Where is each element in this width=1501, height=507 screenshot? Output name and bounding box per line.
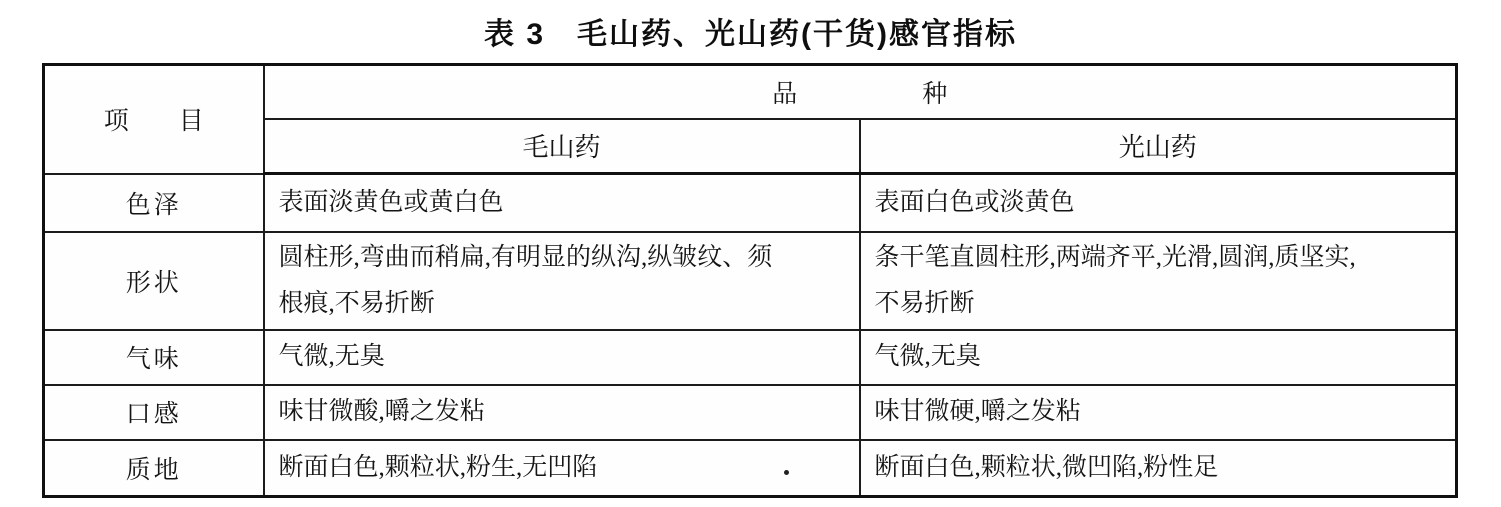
row-label-zhidi: 质地 xyxy=(44,440,264,497)
cell-xingzhuang-guang: 条干笔直圆柱形,两端齐平,光滑,圆润,质坚实, 不易折断 xyxy=(860,232,1457,330)
cell-seze-guang: 表面白色或淡黄色 xyxy=(860,174,1457,232)
table-row-seze: 色泽 表面淡黄色或黄白色 表面白色或淡黄色 xyxy=(44,174,1457,232)
cell-kougan-mao: 味甘微酸,嚼之发粘 xyxy=(264,385,860,440)
table-row-kougan: 口感 味甘微酸,嚼之发粘 味甘微硬,嚼之发粘 xyxy=(44,385,1457,440)
table-title: 表 3 毛山药、光山药(干货)感官指标 xyxy=(0,9,1501,53)
cell-xingzhuang-mao: 圆柱形,弯曲而稍扁,有明显的纵沟,纵皱纹、须 根痕,不易折断 xyxy=(264,232,860,330)
cell-kougan-guang: 味甘微硬,嚼之发粘 xyxy=(860,385,1457,440)
cell-qiwei-guang: 气微,无臭 xyxy=(860,330,1457,385)
row-label-kougan: 口感 xyxy=(44,385,264,440)
table-row-qiwei: 气味 气微,无臭 气微,无臭 xyxy=(44,330,1457,385)
header-cell-maoshanyao: 毛山药 xyxy=(264,119,860,174)
header-cell-item: 项 目 xyxy=(44,65,264,174)
stray-ink-dot xyxy=(784,470,789,475)
row-label-xingzhuang: 形状 xyxy=(44,232,264,330)
sensory-indicator-table: 项 目 品 种 毛山药 光山药 色泽 表面淡黄色或黄白色 表面白色或淡黄色 形状… xyxy=(42,63,1458,498)
header-cell-guangshanyao: 光山药 xyxy=(860,119,1457,174)
cell-zhidi-guang: 断面白色,颗粒状,微凹陷,粉性足 xyxy=(860,440,1457,497)
cell-zhidi-mao: 断面白色,颗粒状,粉生,无凹陷 xyxy=(264,440,860,497)
row-label-seze: 色泽 xyxy=(44,174,264,232)
cell-qiwei-mao: 气微,无臭 xyxy=(264,330,860,385)
header-cell-variety: 品 种 xyxy=(264,65,1457,119)
table-row-zhidi: 质地 断面白色,颗粒状,粉生,无凹陷 断面白色,颗粒状,微凹陷,粉性足 xyxy=(44,440,1457,497)
row-label-qiwei: 气味 xyxy=(44,330,264,385)
table-row-xingzhuang: 形状 圆柱形,弯曲而稍扁,有明显的纵沟,纵皱纹、须 根痕,不易折断 条干笔直圆柱… xyxy=(44,232,1457,330)
cell-seze-mao: 表面淡黄色或黄白色 xyxy=(264,174,860,232)
header-row-variety: 项 目 品 种 xyxy=(44,65,1457,119)
